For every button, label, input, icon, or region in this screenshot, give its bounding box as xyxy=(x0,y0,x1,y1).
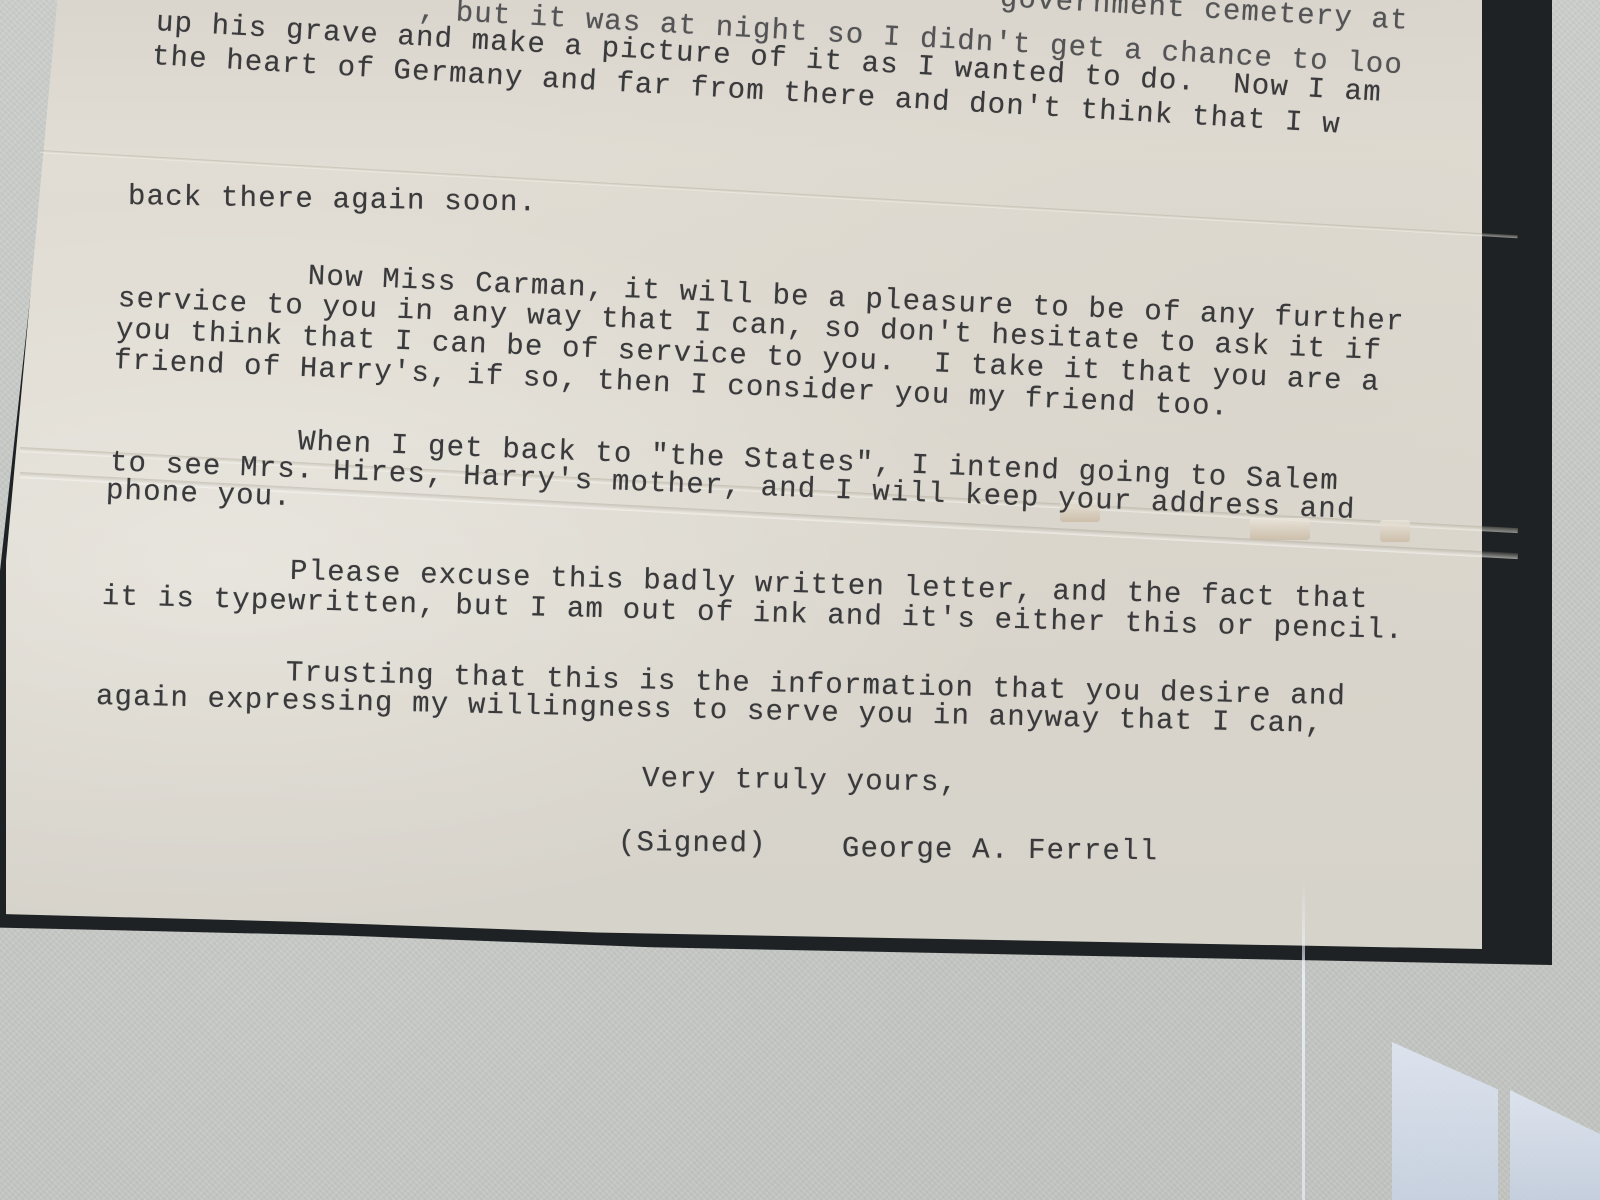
paper-tear xyxy=(1380,520,1410,542)
letter-line: back there again soon. xyxy=(128,180,538,219)
signature-name: George A. Ferrell xyxy=(842,832,1159,868)
glass-reflection xyxy=(1302,880,1305,1200)
signature-label: (Signed) xyxy=(618,826,767,861)
letter-closing: Very truly yours, xyxy=(642,762,959,799)
